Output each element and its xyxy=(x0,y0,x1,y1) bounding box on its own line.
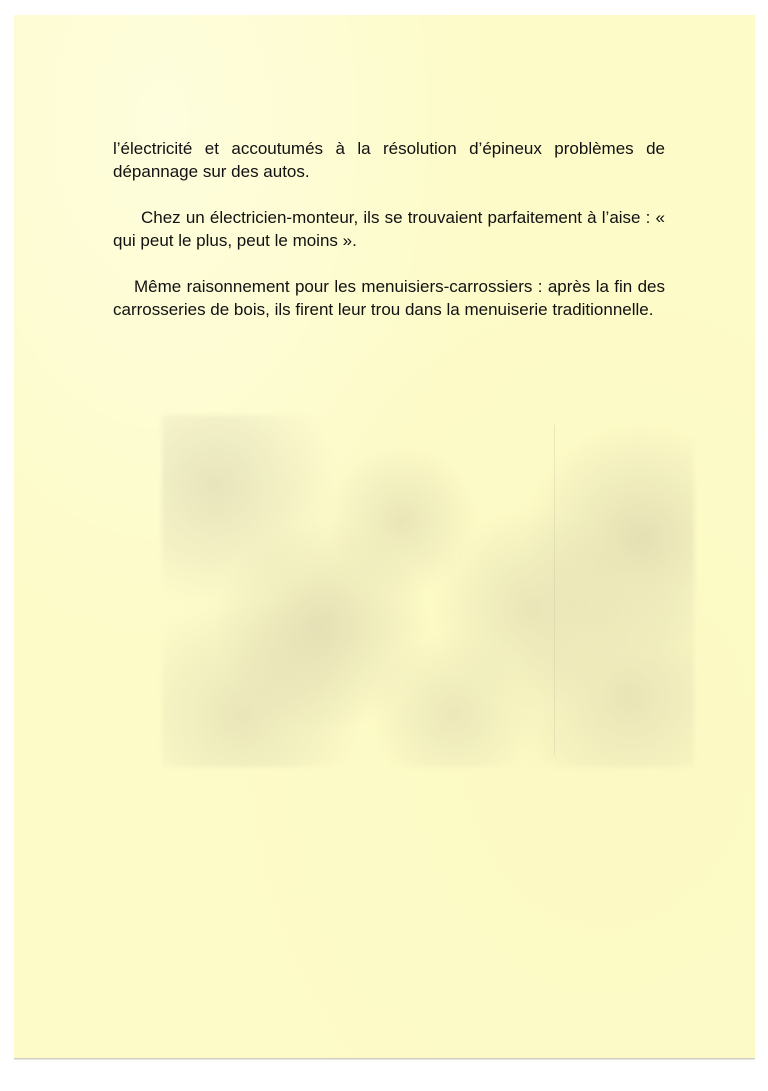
paragraph-continuation: l’électricité et accoutumés à la résolut… xyxy=(113,137,665,183)
bleed-through-image xyxy=(162,415,694,767)
body-text: l’électricité et accoutumés à la résolut… xyxy=(113,137,665,344)
paragraph-carpenters: Même raisonnement pour les menuisiers-ca… xyxy=(113,275,665,321)
bleed-through-fold-line xyxy=(554,425,555,755)
paragraph-electrician: Chez un électricien-monteur, ils se trou… xyxy=(113,206,665,252)
